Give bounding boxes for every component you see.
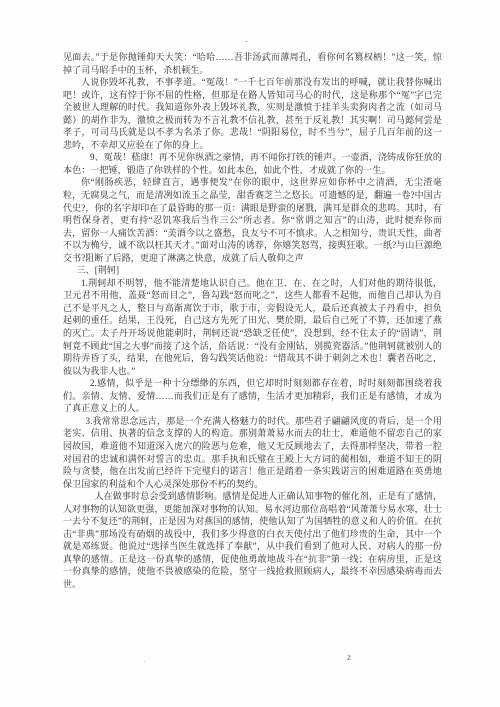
page-top-mark: -	[245, 37, 249, 46]
paragraph: 3.我常常思念远古，那是一个充满人格魅力的时代。那些君子翩翩风度的背后，是一个用…	[63, 415, 442, 490]
paragraph: 你“刚肠疾恶，轻肆直言，遇事便发”在你的眼中，这世界应如你杯中之清酒，无尘渣毫粒…	[63, 176, 442, 264]
page-bottom-left-mark: .	[143, 655, 145, 664]
essay-text-block: 见面去。”于是你抛锤仰天大笑：“哈哈……吾非汤武而薄周孔，看你何名篡权柄！”这一…	[63, 51, 442, 591]
paragraph: 见面去。”于是你抛锤仰天大笑：“哈哈……吾非汤武而薄周孔，看你何名篡权柄！”这一…	[63, 51, 442, 76]
page-bottom-right-mark: z	[347, 653, 351, 662]
paragraph: 1.荆轲却不明智，他不能清楚地认识自己。他在卫、在、在之时，人们对他的期待很低，…	[63, 277, 442, 377]
paragraph: 人在做事时总会受到感情影响。感情是促进人正确认知事物的催化剂，正是有了感情，人对…	[63, 490, 442, 590]
document-page: - 见面去。”于是你抛锤仰天大笑：“哈哈……吾非汤武而薄周孔，看你何名篡权柄！”…	[0, 0, 500, 707]
paragraph: 2.感情，似乎是一种十分缥缈的东西，但它却时时刻刻都存在着，时时刻刻都围绕着我们…	[63, 377, 442, 415]
paragraph: 人说你毁坏礼教，不事孝道。“冤哉！”一千七百年前那没有发出的呼喊，就让我替你喊出…	[63, 76, 442, 151]
paragraph: 9、冤哉！嵇康！再不见你纵酒之豪情，再不闻你打铁的锤声。一壶酒，浇铸成你狂放的本…	[63, 151, 442, 176]
section-heading: 三、[荆轲]	[63, 264, 442, 277]
